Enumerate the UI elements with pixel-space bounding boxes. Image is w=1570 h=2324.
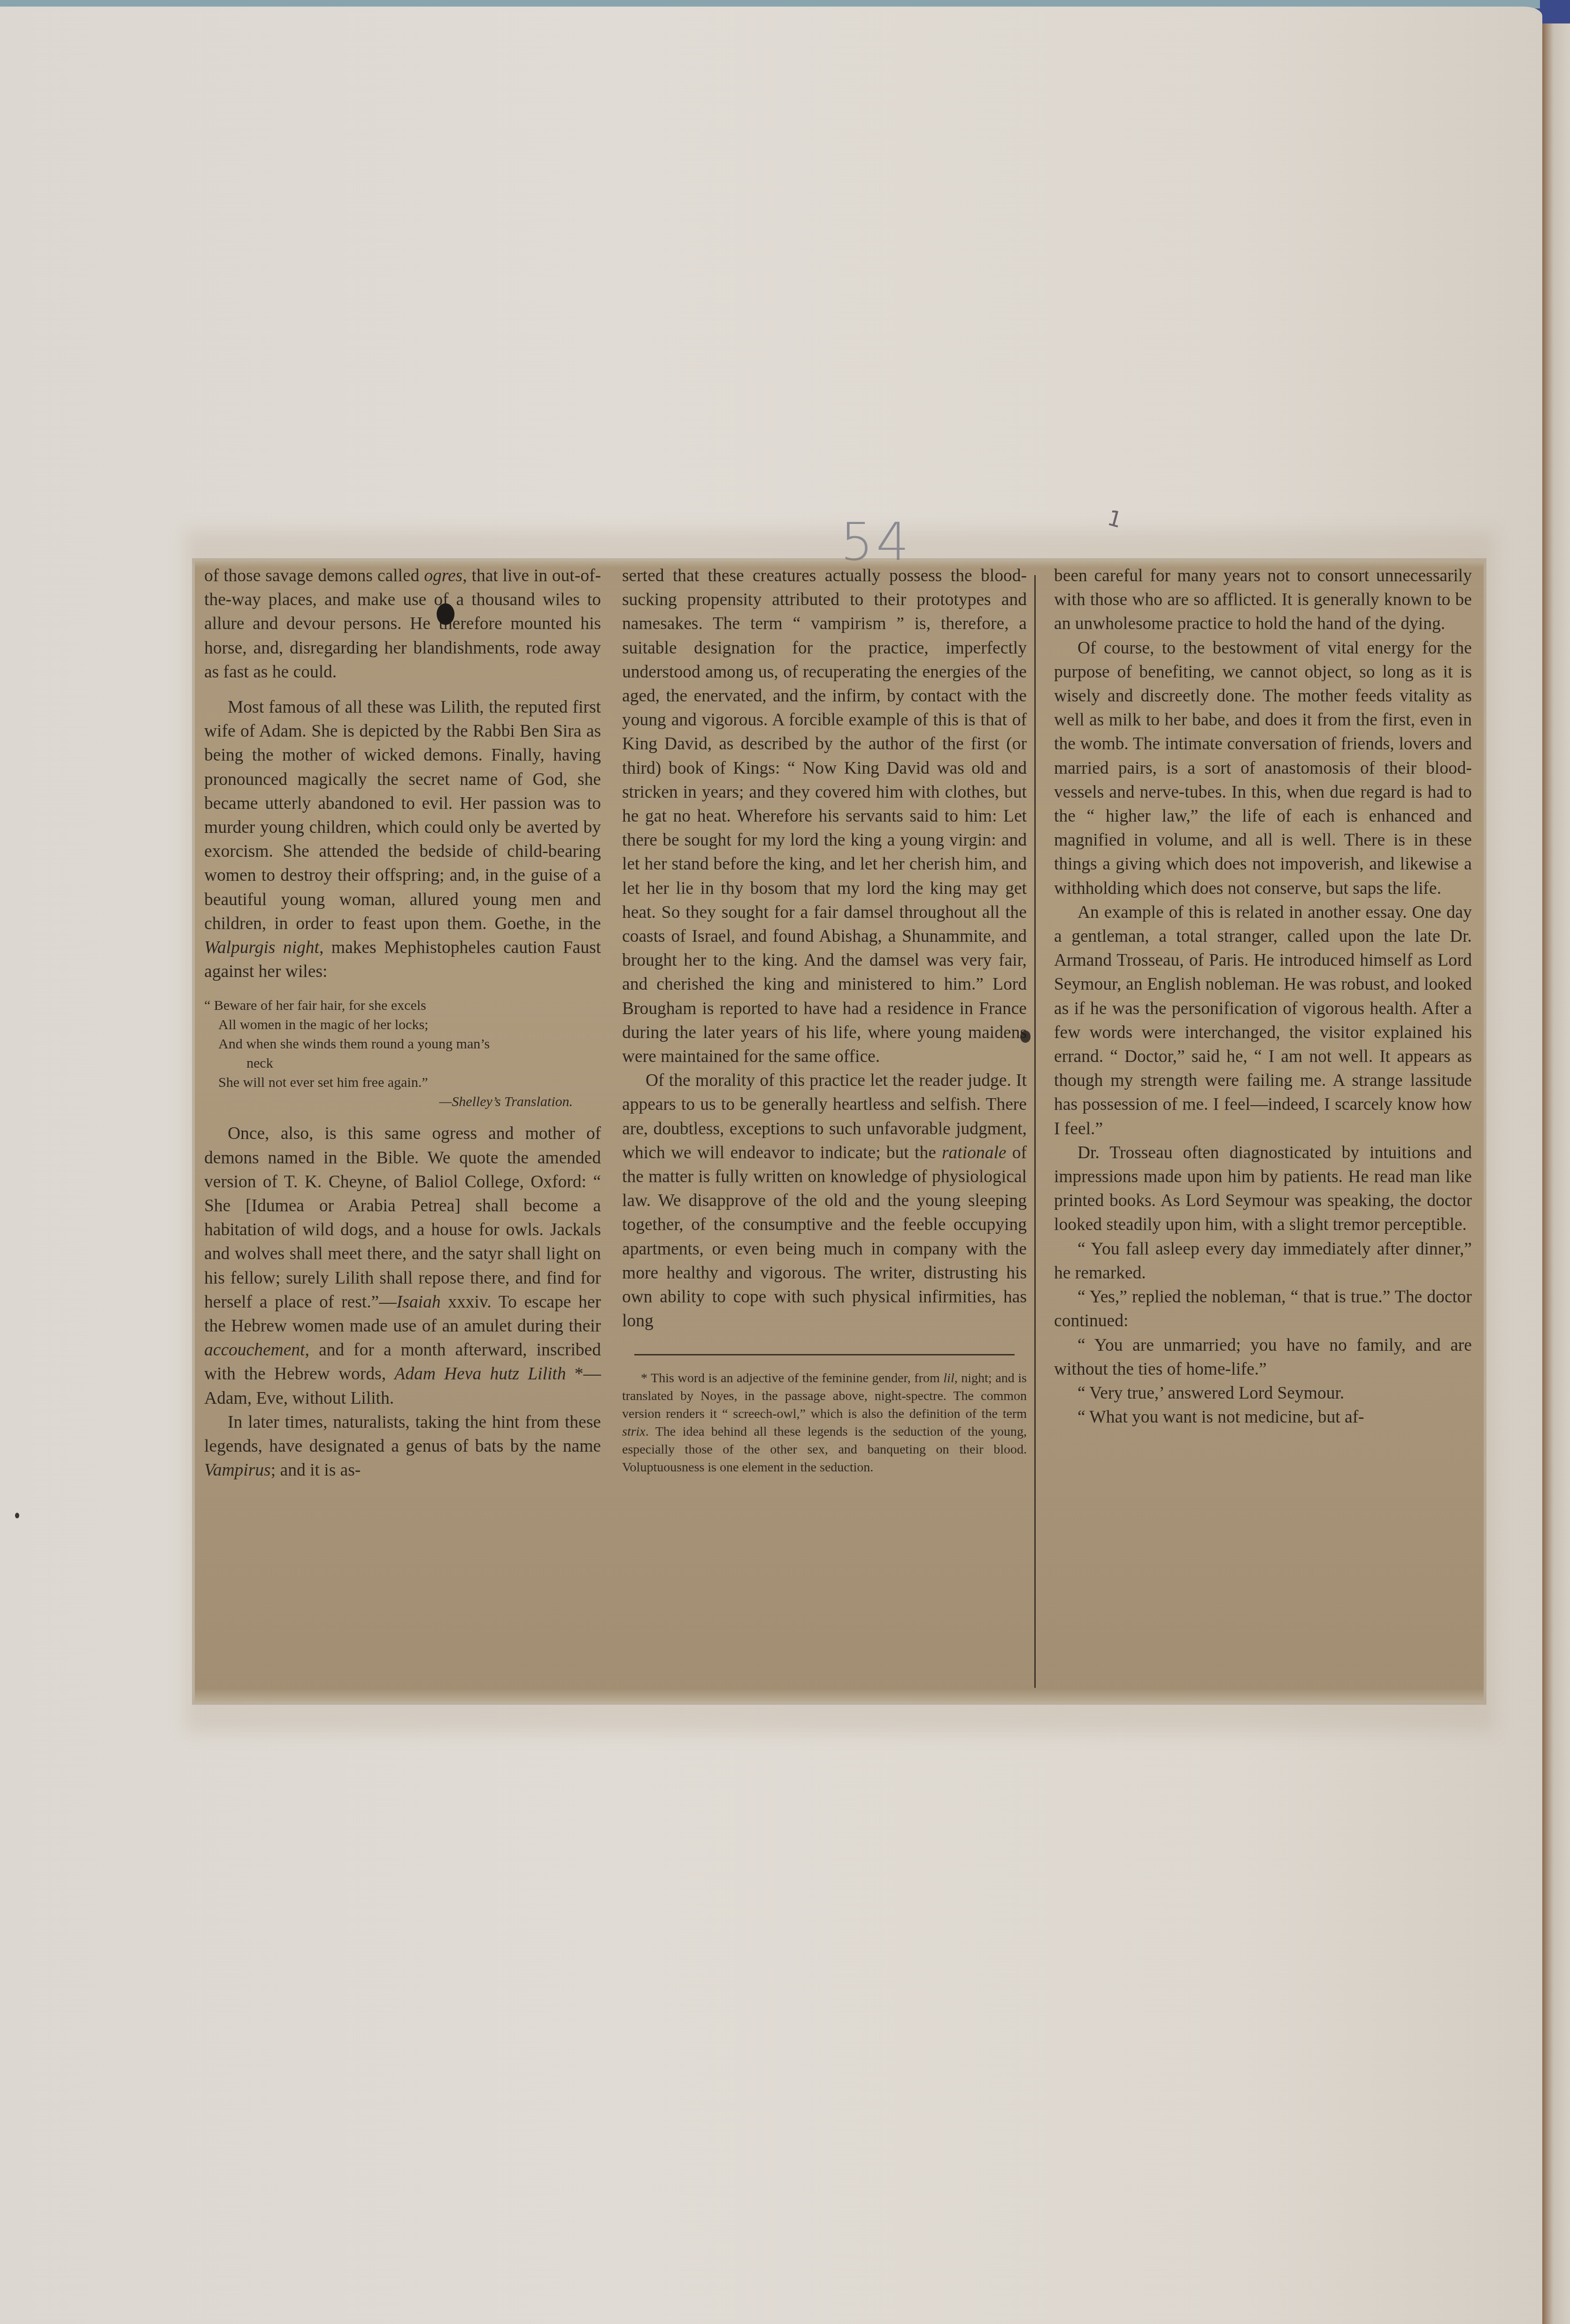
paragraph-bible: Once, also, is this same ogress and moth… (204, 1122, 601, 1410)
verse-attribution: —Shelley’s Translation. (204, 1092, 601, 1111)
paragraph-morality: Of the morality of this practice let the… (622, 1069, 1027, 1333)
paragraph-dialogue: “ You are unmarried; you have no family,… (1054, 1333, 1472, 1381)
paragraph: of those savage demons called ogres, tha… (204, 564, 601, 684)
paragraph-dialogue: “ What you want is not medicine, but af- (1054, 1405, 1472, 1429)
verse-line: neck (204, 1054, 601, 1073)
paragraph-lilith: Most famous of all these was Lilith, the… (204, 695, 601, 984)
paragraph-dialogue: “ You fall asleep every day immediately … (1054, 1237, 1472, 1285)
paragraph-trosseau: An example of this is related in another… (1054, 900, 1472, 1141)
ink-blot (1020, 1031, 1031, 1043)
verse-quotation: “ Beware of her fair hair, for she excel… (204, 996, 601, 1111)
newspaper-clipping: of those savage demons called ogres, tha… (195, 561, 1484, 1702)
paragraph: been careful for many years not to conso… (1054, 564, 1472, 636)
adjacent-page-edge (1542, 23, 1570, 2324)
footnote-divider (634, 1354, 1015, 1355)
verse-line: All women in the magic of her locks; (204, 1015, 601, 1034)
column-left: of those savage demons called ogres, tha… (204, 561, 601, 1702)
verse-line: And when she winds them round a young ma… (204, 1034, 601, 1054)
footnote: * This word is an adjective of the femin… (622, 1370, 1027, 1477)
paragraph-dialogue: “ Very true,’ answered Lord Seymour. (1054, 1381, 1472, 1405)
paragraph-naturalists: In later times, naturalists, taking the … (204, 1410, 601, 1483)
paragraph: Dr. Trosseau often diagnosticated by int… (1054, 1141, 1472, 1237)
column-rule (1034, 575, 1036, 1688)
paragraph-vampirism: serted that these creatures actually pos… (622, 564, 1027, 1069)
torn-edge-bottom (195, 1689, 1484, 1702)
ink-blot (437, 603, 454, 625)
column-middle: serted that these creatures actually pos… (622, 561, 1027, 1702)
paragraph-dialogue: “ Yes,” replied the nobleman, “ that is … (1054, 1285, 1472, 1333)
margin-mark (15, 1513, 19, 1518)
verse-line: She will not ever set him free again.” (204, 1073, 601, 1092)
verse-line: “ Beware of her fair hair, for she excel… (204, 996, 601, 1015)
paragraph-vital-energy: Of course, to the bestowment of vital en… (1054, 636, 1472, 900)
column-right: been careful for many years not to conso… (1054, 561, 1472, 1702)
